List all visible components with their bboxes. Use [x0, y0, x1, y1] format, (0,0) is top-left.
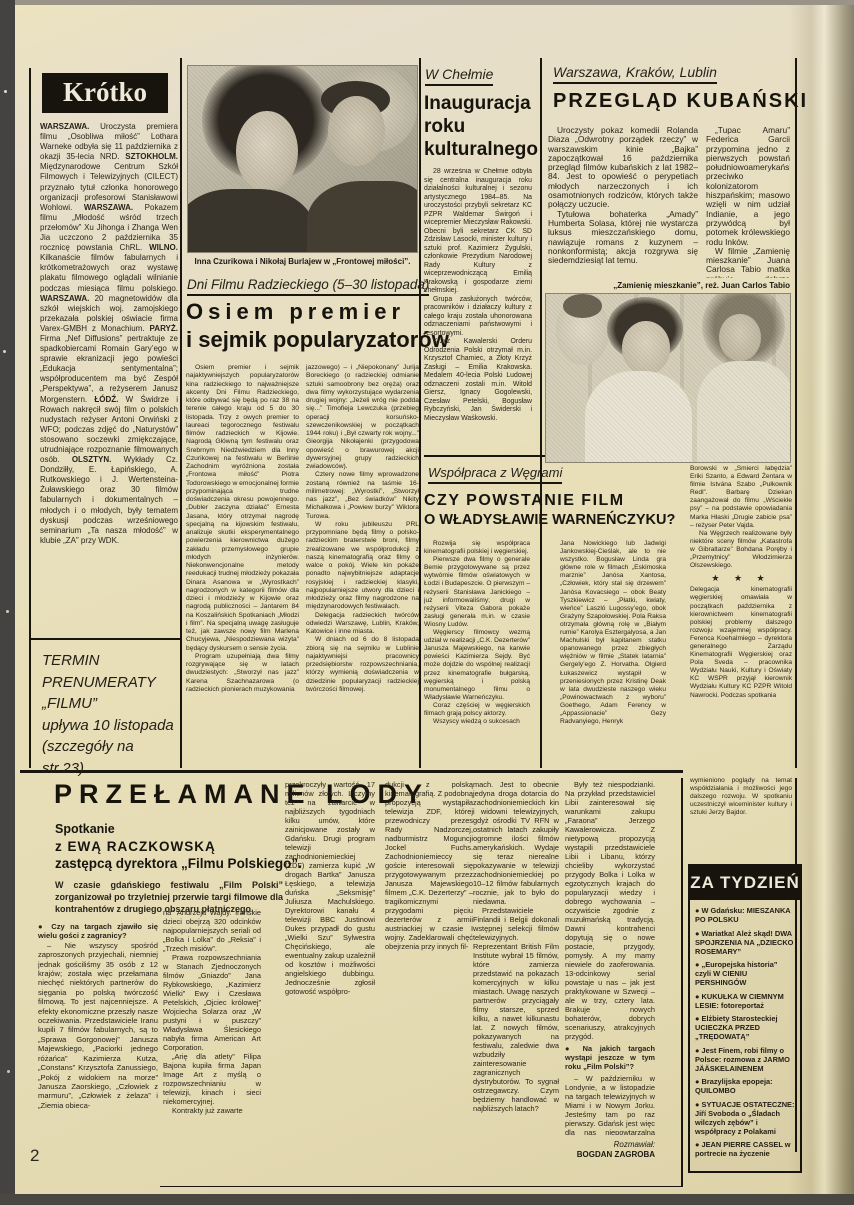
termin-line: PRENUMERATY [42, 672, 178, 694]
subscription-notice: TERMIN PRENUMERATY „FILMU” upływa 10 lis… [42, 650, 178, 779]
scan-speck [4, 90, 7, 93]
signature-label: Rozmawiał: [565, 1140, 655, 1150]
headline-line: Inauguracja [424, 92, 538, 115]
article-dni-col2: jazzowego) – i „Niepokonany” Jurija Bore… [306, 364, 419, 765]
rule-col-3-4 [540, 58, 542, 768]
photo-frontowa-milosc [188, 66, 417, 252]
newspaper-page: Krótko WARSZAWA. Uroczysta premiera film… [0, 0, 854, 1205]
section-kicker-dni-filmu: Dni Filmu Radzieckiego (5–30 listopada) [187, 277, 429, 296]
headline-osiem-premier-2: i sejmik popularyzatorów [186, 327, 449, 353]
termin-line: upływa 10 listopada [42, 715, 178, 737]
stars-separator: ★ ★ ★ [690, 574, 792, 582]
headline-osiem-premier-1: Osiem premier [186, 299, 405, 325]
rule-left-of-krotko [29, 68, 31, 768]
scan-edge-left [0, 0, 15, 1205]
article-kubanski-col1: Uroczysty pokaz komedii Rolanda Diaza „O… [548, 126, 698, 294]
rule-col-1-2 [180, 58, 182, 768]
signature-name: BOGDAN ZAGROBA [565, 1150, 655, 1160]
section-kicker-chelm: W Chełmie [425, 66, 493, 86]
article-wegry-colB: Jana Nowickiego lub Jadwigi Jankowskiej-… [560, 540, 666, 768]
za-tydzien-box: ZA TYDZIEŃ ● W Gdańsku: MIESZANKA PO POL… [688, 864, 802, 1173]
krotko-title: Krótko [63, 77, 147, 107]
interview-sub-1: Spotkanie [55, 822, 115, 836]
headline-inauguracja: Inauguracja roku kulturalnego [424, 92, 538, 161]
article-kubanski-col2: „Tupac Amaru” Federica Garcii przypomina… [706, 126, 790, 278]
page-number: 2 [30, 1146, 39, 1166]
interview-sub-2: z EWĄ RACZKOWSKĄ [55, 839, 216, 854]
interview-signature: Rozmawiał: BOGDAN ZAGROBA [565, 1140, 655, 1160]
rule-bottom-band [681, 778, 683, 1186]
headline-line: kulturalnego [424, 138, 538, 161]
rule-above-termin [29, 638, 181, 640]
wegry-colC-part1: Borowski w „Śmierci łabędzia” Eriki Szan… [690, 465, 792, 570]
scan-edge-bottom [0, 1194, 854, 1205]
headline-line: roku [424, 115, 538, 138]
headline-wegry-2: O WŁADYSŁAWIE WARNEŃCZYKU? [424, 512, 675, 528]
krotko-body: WARSZAWA. Uroczysta premiera filmu „Osob… [40, 122, 178, 634]
za-tydzien-title: ZA TYDZIEŃ [690, 873, 799, 892]
rule-col-2-3 [419, 58, 421, 768]
interview-col3: przekroczyły wartość 17 milionów złotych… [285, 780, 375, 1185]
krotko-title-box: Krótko [42, 73, 168, 113]
rule-right-content [795, 58, 797, 768]
section-kicker-kubanski: Warszawa, Kraków, Lublin [553, 64, 717, 84]
interview-col6-top: Były też niespodzianki. Na przykład prze… [565, 780, 655, 1041]
article-wegry-colC-continued: wymieniono poglądy na temat współdziałan… [690, 777, 792, 859]
photo-halftone-2 [546, 294, 790, 462]
wegry-colC-part2: Delegacja kinematografii węgierskiej oma… [690, 586, 792, 699]
article-wegry-colC: Borowski w „Śmierci łabędzia” Eriki Szan… [690, 465, 792, 768]
interview-col1: ● Czy na targach zjawiło się wielu gości… [38, 922, 158, 1150]
headline-wegry-1: CZY POWSTANIE FILM [424, 492, 625, 510]
interview-question-2: ● Na jakich targach wystąpi jeszcze w ty… [565, 1044, 655, 1071]
article-dni-col1: Osiem premier i sejmik najaktywniejszych… [186, 364, 299, 765]
section-kicker-wegry: Współpraca z Węgrami [428, 465, 562, 484]
interview-sub-3: zastępcą dyrektora „Filmu Polskiego”. [55, 856, 302, 871]
za-tydzien-title-box: ZA TYDZIEŃ [690, 866, 800, 900]
photo-halftone [188, 66, 417, 252]
termin-line: TERMIN [42, 650, 178, 672]
interview-col6: Były też niespodzianki. Na przykład prze… [565, 780, 655, 1135]
scan-edge-top [0, 0, 854, 5]
article-wegry-colA: Rozwija się współpraca kinematografii po… [424, 540, 530, 768]
rule-page-bottom [160, 1186, 683, 1187]
headline-przeglad-kubanski: PRZEGLĄD KUBAŃSKI [553, 90, 808, 113]
interview-col4: dukcji z polską kinematografią. Z podobn… [385, 780, 473, 1185]
photo-zamienie-mieszkanie [546, 294, 790, 462]
interview-question-1: ● Czy na targach zjawiło się wielu gości… [38, 922, 158, 941]
termin-line: (szczegóły na str.23) [42, 736, 178, 779]
za-tydzien-list: ● W Gdańsku: MIESZANKA PO POLSKU● Wariat… [690, 900, 800, 1171]
photo-caption-kubanski: „Zamienię mieszkanie”, reż. Juan Carlos … [546, 281, 790, 291]
interview-answer-2: – W październiku w Londynie, a w listopa… [565, 1074, 655, 1135]
article-chelm-body: 28 września w Chełmie odbyła się central… [424, 168, 532, 452]
termin-line: „FILMU” [42, 693, 178, 715]
interview-col2: na” Andrzeja Wajdy. Irańskie dzieci obej… [163, 908, 261, 1140]
interview-col5: mach. Jest to obecnie jedyna droga dotar… [473, 780, 559, 1185]
interview-answer-1: – Nie wszyscy spośród zaproszonych przyj… [38, 941, 158, 1110]
photo-caption-top: Inna Czurikowa i Nikołaj Burlajew w „Fro… [186, 257, 419, 267]
